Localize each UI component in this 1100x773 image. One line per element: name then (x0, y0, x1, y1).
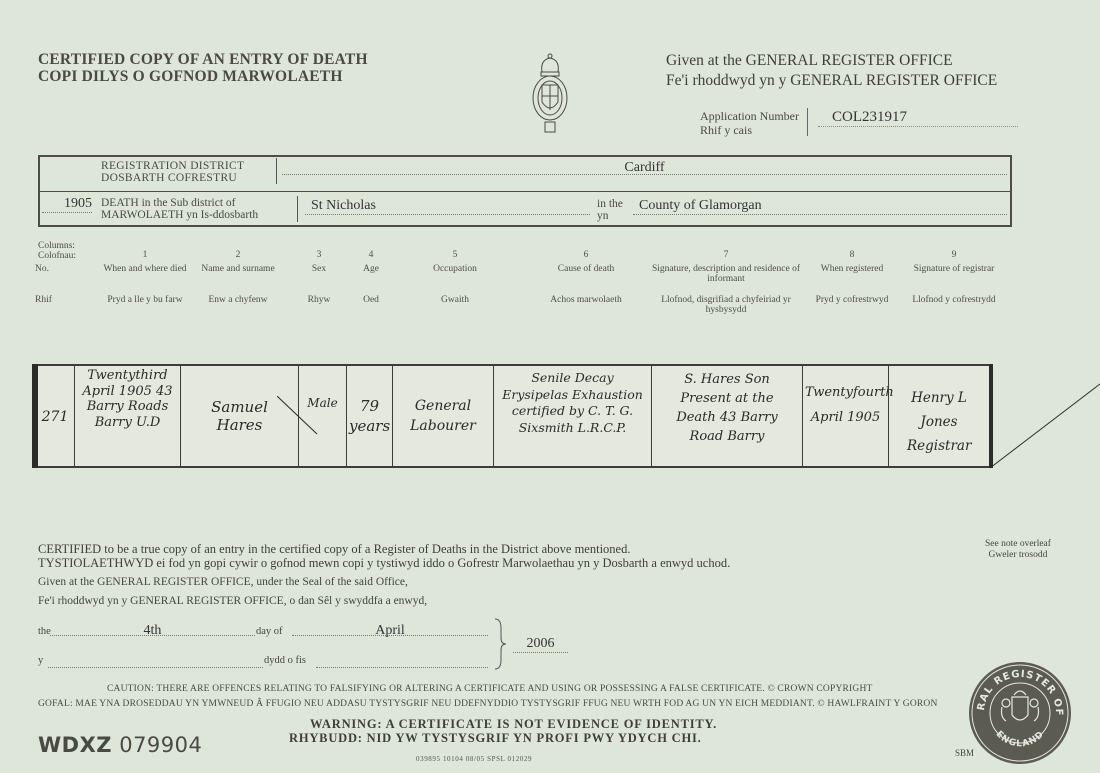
brace-divider (276, 158, 277, 184)
year-value: 1905 (64, 196, 92, 211)
subdistrict-field: St Nicholas (305, 196, 590, 215)
column-header-welsh: Rhyw (299, 295, 339, 305)
column-header-welsh: Rhif (35, 295, 55, 305)
day-of-label: day of (256, 626, 283, 637)
serial-prefix: WDXZ (38, 733, 112, 757)
age-cell: 79 years (346, 366, 392, 466)
occupation-cell: General Labourer (392, 366, 493, 466)
column-number: 7 (641, 250, 811, 260)
year-issued-value: 2006 (527, 636, 555, 651)
columns-label: Columns: Colofnau: (38, 241, 76, 261)
year-field: 1905 (42, 194, 92, 213)
column-number: 2 (183, 250, 293, 260)
divider (40, 191, 1010, 192)
when-registered-cell: Twentyfourth April 1905 (802, 366, 888, 466)
column-number: 5 (415, 250, 495, 260)
county-field: County of Glamorgan (633, 196, 1007, 215)
column-header-welsh: Gwaith (415, 295, 495, 305)
column-header-welsh: Llofnod, disgrifiad a chyfeiriad yr hysb… (641, 295, 811, 315)
month-value: April (375, 623, 405, 638)
occupation: General Labourer (395, 396, 491, 436)
cancel-line (990, 382, 1100, 472)
the-label: the (38, 626, 51, 637)
sex: Male (301, 396, 344, 411)
subdistrict-label: DEATH in the Sub district of MARWOLAETH … (101, 197, 258, 221)
when-where-cell: Twentythird April 1905 43 Barry Roads Ba… (74, 366, 180, 466)
column-number: 8 (807, 250, 897, 260)
column-number: 9 (899, 250, 1009, 260)
brace-divider (297, 196, 298, 222)
brace (493, 618, 507, 670)
entry-no: 271 (38, 410, 72, 425)
column-header-welsh: Enw a chyfenw (183, 295, 293, 305)
registration-district-label: REGISTRATION DISTRICT DOSBARTH COFRESTRU (101, 160, 244, 184)
column-header-welsh: Llofnod y cofrestrydd (899, 295, 1009, 305)
day-value: 4th (144, 623, 162, 638)
column-number: 3 (299, 250, 339, 260)
column-header-english: Sex (299, 264, 339, 274)
registration-district-value: Cardiff (624, 160, 664, 175)
title-welsh: COPI DILYS O GOFNOD MARWOLAETH (38, 68, 368, 85)
application-number-field: COL231917 (818, 108, 1018, 127)
column-header-welsh: Achos marwolaeth (536, 295, 636, 305)
caution-english: CAUTION: THERE ARE OFFENCES RELATING TO … (107, 684, 873, 694)
brace-divider (807, 108, 816, 136)
serial-number: 079904 (119, 733, 202, 757)
county-value: County of Glamorgan (633, 198, 762, 213)
registration-district-field: Cardiff (282, 158, 1007, 175)
column-header-english: Name and surname (183, 264, 293, 274)
entry-no-cell: 271 (36, 366, 74, 466)
cause-of-death-cell: Senile Decay Erysipelas Exhaustion certi… (493, 366, 651, 466)
certificate-title: CERTIFIED COPY OF AN ENTRY OF DEATH COPI… (38, 51, 368, 85)
column-header-english: Signature of registrar (899, 264, 1009, 274)
given-under-seal-welsh: Fe'i rhoddwyd yn y GENERAL REGISTER OFFI… (38, 595, 427, 608)
certificate-serial: WDXZ 079904 (38, 733, 202, 757)
caution-welsh: GOFAL: MAE YNA DROSEDDAU YN YMWNEUD Â FF… (38, 699, 938, 709)
column-header-english: Age (351, 264, 391, 274)
age: 79 years (349, 396, 390, 436)
given-under-seal-english: Given at the GENERAL REGISTER OFFICE, un… (38, 576, 408, 589)
mis-field (316, 655, 488, 668)
day-field: 4th (50, 621, 255, 636)
application-number-label: Application Number Rhif y cais (700, 109, 799, 137)
dydd-field (48, 655, 263, 668)
warning-english: WARNING: A CERTIFICATE IS NOT EVIDENCE O… (310, 718, 717, 731)
column-header-english: When registered (807, 264, 897, 274)
column-header-english: Signature, description and residence of … (641, 264, 811, 284)
column-header-english: Occupation (415, 264, 495, 274)
county-label: in the yn (597, 198, 623, 222)
informant-cell: S. Hares Son Present at the Death 43 Bar… (651, 366, 802, 466)
registrar-cell: Henry L Jones Registrar (888, 366, 989, 466)
column-header-welsh: Oed (351, 295, 391, 305)
application-number-value: COL231917 (818, 109, 907, 125)
certified-welsh: TYSTIOLAETHWYD ei fod yn gopi cywir o go… (38, 556, 730, 570)
given-at-welsh: Fe'i rhoddwyd yn y GENERAL REGISTER OFFI… (666, 71, 997, 91)
death-entry-row: 271 Twentythird April 1905 43 Barry Road… (36, 364, 989, 468)
royal-coat-of-arms-icon (530, 52, 570, 142)
y-label: y (38, 655, 43, 666)
sex-cell: Male (298, 366, 346, 466)
column-number: 4 (351, 250, 391, 260)
print-code: 039895 10104 08/05 SPSL 012029 (416, 755, 532, 763)
certified-english: CERTIFIED to be a true copy of an entry … (38, 542, 630, 556)
when-where-died: Twentythird April 1905 43 Barry Roads Ba… (77, 368, 178, 430)
column-header-english: Cause of death (536, 264, 636, 274)
subdistrict-value: St Nicholas (305, 198, 376, 213)
column-header-english: No. (35, 264, 55, 274)
column-number: 6 (536, 250, 636, 260)
informant: S. Hares Son Present at the Death 43 Bar… (654, 370, 800, 446)
general-register-office-seal-icon: GENERAL REGISTER OFFICE × ENGLAND × (968, 661, 1072, 765)
year-issued-field: 2006 (513, 634, 568, 653)
cause-of-death: Senile Decay Erysipelas Exhaustion certi… (496, 370, 649, 436)
issuing-office: Given at the GENERAL REGISTER OFFICE Fe'… (666, 51, 997, 91)
registrar-signature: Henry L Jones Registrar (891, 386, 987, 458)
warning-welsh: RHYBUDD: NID YW TYSTYSGRIF YN PROFI PWY … (289, 732, 702, 745)
given-at-english: Given at the GENERAL REGISTER OFFICE (666, 51, 997, 71)
dydd-o-fis-label: dydd o fis (264, 655, 306, 666)
see-note-overleaf: See note overleaf Gweler trosodd (985, 539, 1051, 561)
month-field: April (292, 621, 488, 636)
when-registered: Twentyfourth April 1905 (805, 380, 886, 430)
column-header-welsh: Pryd y cofrestrwyd (807, 295, 897, 305)
title-english: CERTIFIED COPY OF AN ENTRY OF DEATH (38, 51, 368, 68)
